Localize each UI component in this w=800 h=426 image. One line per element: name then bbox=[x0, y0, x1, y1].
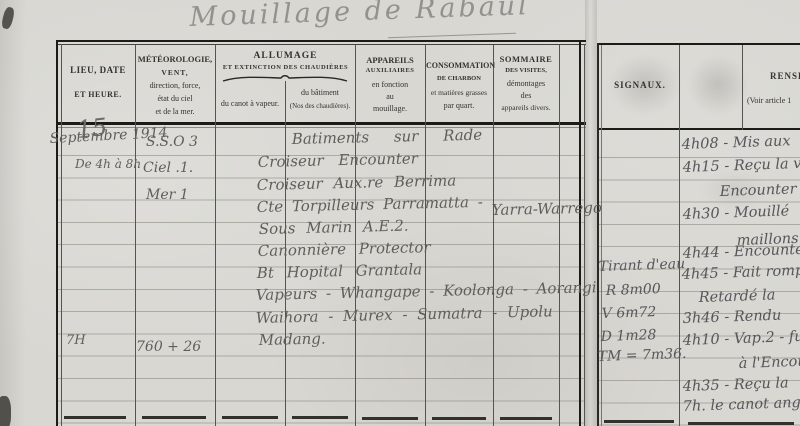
header-consommation: CONSOMMATION bbox=[426, 62, 492, 70]
header-demontages: démontages bbox=[494, 80, 558, 88]
ships-line: Croiseur Encounter bbox=[258, 151, 418, 170]
bleed-through-smudge bbox=[688, 55, 748, 115]
weather-sky: Ciel .1. bbox=[143, 161, 193, 175]
header-par-quart: par quart. bbox=[426, 102, 492, 110]
weather-wind: S.S.O 3 bbox=[146, 135, 198, 149]
header-mouillage: mouillage. bbox=[356, 105, 424, 113]
column-divider bbox=[559, 45, 560, 426]
renseignements-header-divider bbox=[742, 45, 743, 130]
header-etat-du-ciel: état du ciel bbox=[136, 95, 214, 103]
log-line: Retardé la bbox=[698, 288, 775, 305]
header-extinction-chaudieres: ET EXTINCTION DES CHAUDIÈRES bbox=[216, 65, 355, 72]
header-appareils: APPAREILS bbox=[356, 56, 424, 65]
header-des-visites: DES VISITES, bbox=[494, 68, 558, 75]
header-matieres-grasses: et matières grasses bbox=[426, 89, 492, 97]
ships-line: Croiseur Aux.re Berrima bbox=[257, 173, 457, 193]
title-flourish bbox=[388, 33, 516, 38]
header-des: des bbox=[494, 92, 558, 100]
table-top-border bbox=[56, 40, 586, 42]
section-rule bbox=[142, 416, 206, 419]
table-left-border-inner bbox=[61, 44, 62, 426]
section-rule bbox=[604, 420, 674, 423]
log-line: Encounter - bbox=[719, 182, 800, 200]
log-line: 4h30 - Mouillé bbox=[682, 204, 789, 222]
header-au: au bbox=[356, 93, 424, 101]
header-et-heure: ET HEURE. bbox=[62, 91, 134, 99]
ink-smudge-bottom-left bbox=[0, 396, 11, 426]
weather-sea: Mer 1 bbox=[146, 188, 189, 202]
header-sommaire: SOMMAIRE bbox=[494, 55, 558, 64]
ships-line: Canonnière Protector bbox=[258, 240, 431, 259]
right-page-top-border bbox=[597, 43, 800, 45]
header-meteorologie: MÉTÉOROLOGIE, bbox=[136, 55, 214, 64]
header-direction-force: direction, force, bbox=[136, 82, 214, 90]
table-left-border bbox=[56, 40, 58, 426]
ships-line: Madang. bbox=[259, 331, 326, 348]
ships-line: Yarra-Warrego bbox=[492, 201, 602, 218]
draught-line: Tirant d'eau bbox=[599, 257, 686, 274]
header-brace-decoration bbox=[222, 73, 348, 83]
draught-line: TM = 7m36. bbox=[598, 347, 687, 364]
entry-hour: 7H bbox=[66, 334, 86, 347]
log-line: à l'Encou bbox=[738, 355, 800, 372]
header-et-de-la-mer: et de la mer. bbox=[136, 108, 214, 116]
ships-line: Sous Marin A.E.2. bbox=[259, 219, 409, 237]
header-de-charbon: DE CHARBON bbox=[426, 76, 492, 83]
header-renseignements: RENSE bbox=[770, 72, 800, 81]
section-rule bbox=[688, 422, 794, 425]
header-lieu-date: LIEU, DATE bbox=[62, 66, 134, 75]
section-rule bbox=[500, 417, 552, 420]
header-nos-chaudieres: (Nos des chaudières). bbox=[286, 103, 354, 110]
right-page-header-bottom-border bbox=[597, 128, 800, 130]
header-vent: VENT, bbox=[136, 69, 214, 77]
column-divider bbox=[493, 45, 494, 426]
log-line: 4h35 - Reçu la bbox=[682, 376, 788, 394]
header-signaux: SIGNAUX. bbox=[601, 81, 679, 90]
ships-line: Batiments sur Rade bbox=[292, 128, 483, 147]
header-allumage: ALLUMAGE bbox=[216, 52, 355, 62]
entry-watch: De 4h à 8h bbox=[75, 158, 141, 170]
section-rule bbox=[64, 416, 126, 419]
ships-line: Bt Hopital Grantala bbox=[257, 262, 423, 281]
left-page-right-border bbox=[579, 40, 581, 426]
weather-barometer: 760 + 26 bbox=[136, 340, 201, 354]
draught-line: R 8m00 bbox=[606, 282, 661, 298]
section-rule bbox=[362, 417, 418, 420]
right-page-left-border bbox=[597, 43, 599, 426]
logbook-scan: Mouillage de Rabaul LIEU, DATE ET HEURE.… bbox=[0, 0, 800, 426]
log-line: 3h46 - Rendu bbox=[682, 309, 781, 327]
header-appareils-divers: appareils divers. bbox=[494, 104, 558, 112]
signaux-column-divider bbox=[679, 45, 680, 426]
page-title: Mouillage de Rabaul bbox=[189, 0, 530, 31]
header-du-batiment: du bâtiment bbox=[286, 89, 354, 97]
ink-smudge-top-left bbox=[0, 6, 15, 30]
header-auxiliaires: AUXILIAIRES bbox=[356, 68, 424, 75]
log-line: 4h08 - Mis aux bbox=[681, 134, 790, 152]
header-en-fonction: en fonction bbox=[356, 81, 424, 89]
right-page-left-border-inner bbox=[601, 45, 602, 426]
section-rule bbox=[292, 416, 348, 419]
left-page-right-border-inner bbox=[584, 44, 585, 426]
draught-line: D 1m28 bbox=[601, 328, 657, 344]
header-voir-article: (Voir article 1 bbox=[747, 97, 800, 105]
section-rule bbox=[222, 416, 278, 419]
draught-line: V 6m72 bbox=[602, 305, 657, 321]
header-canot-a-vapeur: du canot à vapeur. bbox=[216, 100, 284, 108]
section-rule bbox=[432, 417, 486, 420]
